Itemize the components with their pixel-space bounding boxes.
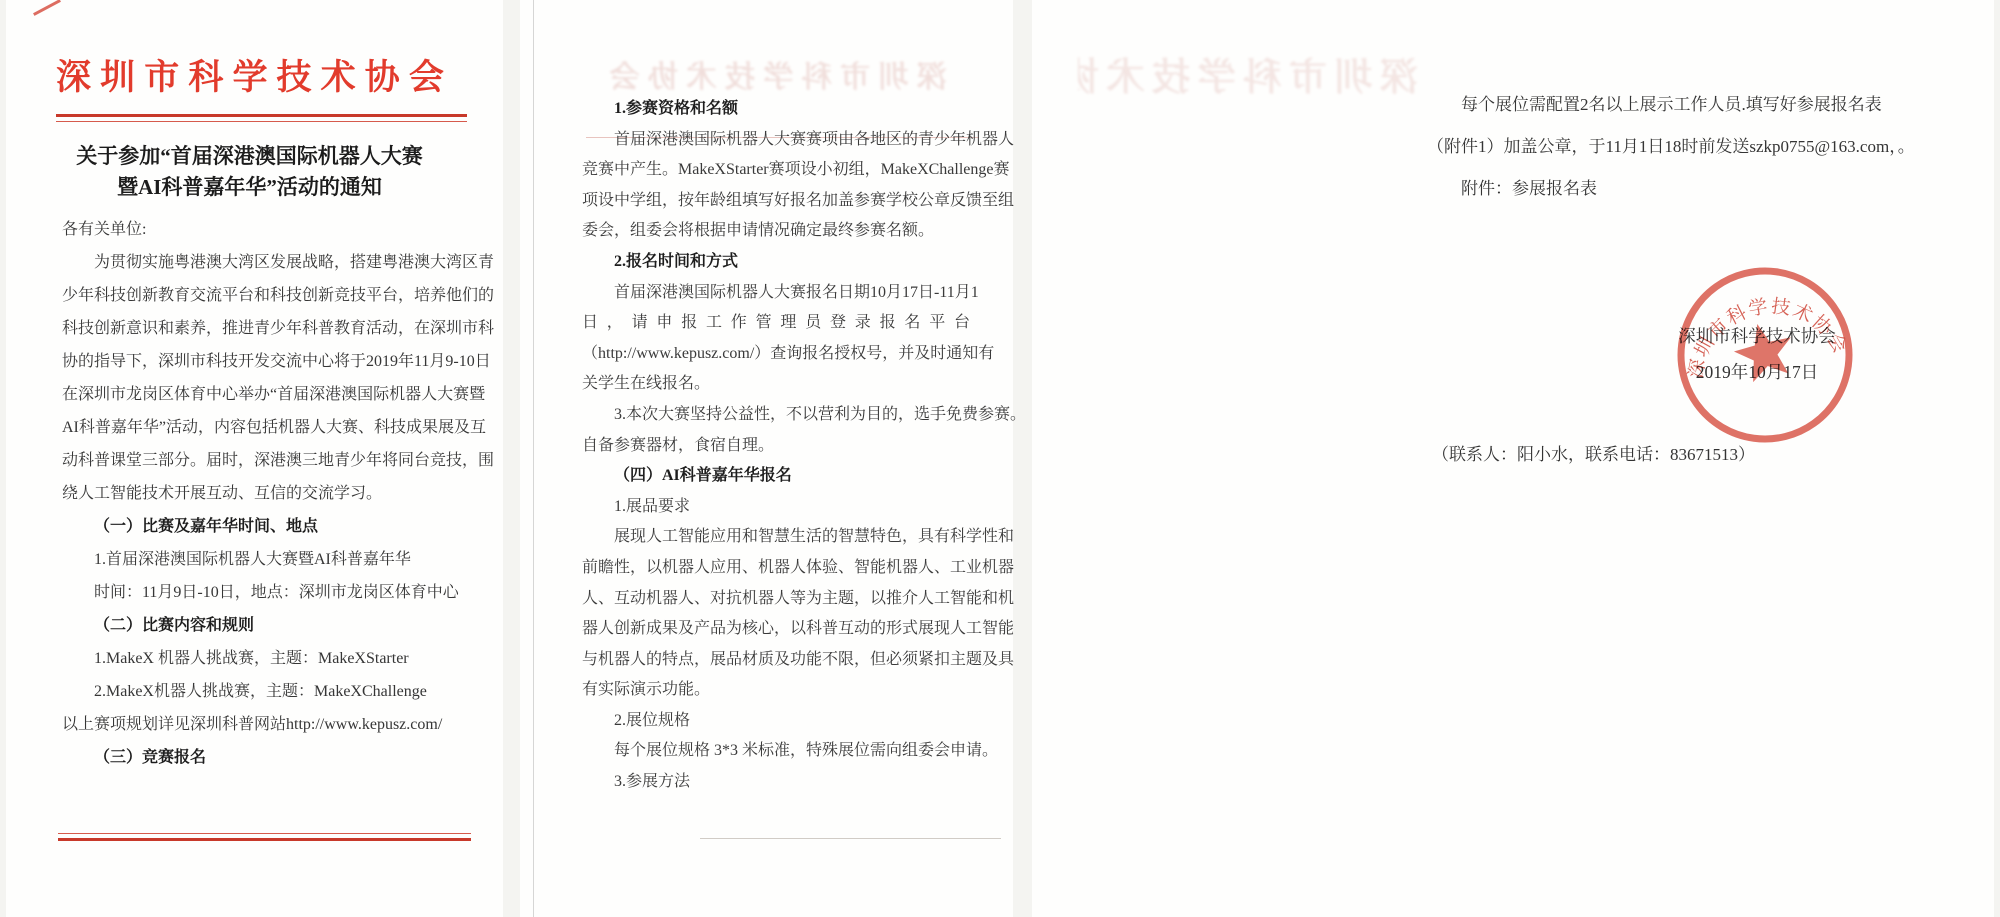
page1-body: 各有关单位:为贯彻实施粤港澳大湾区发展战略，搭建粤港澳大湾区青少年科技创新教育交… <box>62 213 482 774</box>
text-line: （二）比赛内容和规则 <box>62 609 482 642</box>
text-line: 1.MakeX 机器人挑战赛，主题：MakeXStarter <box>62 642 482 675</box>
notice-title-line2: 暨AI科普嘉年华”活动的通知 <box>6 172 493 203</box>
page3-body: 每个展位需配置2名以上展示工作人员.填写好参展报名表（附件1）加盖公章，于11月… <box>1427 84 1967 210</box>
text-line: 3.参展方法 <box>582 767 982 798</box>
text-line: 在深圳市龙岗区体育中心举办“首届深港澳国际机器人大赛暨 <box>62 378 482 411</box>
text-line: （三）竞赛报名 <box>62 741 482 774</box>
bleed-through-footer-rule <box>700 838 1001 839</box>
text-line: 2.展位规格 <box>582 706 982 737</box>
text-line: 2.MakeX机器人挑战赛，主题：MakeXChallenge <box>62 675 482 708</box>
text-line: 与机器人的特点，展品材质及功能不限，但必须紧扣主题及具 <box>582 645 982 676</box>
text-line: 为贯彻实施粤港澳大湾区发展战略，搭建粤港澳大湾区青 <box>62 246 482 279</box>
red-pen-mark <box>33 0 61 16</box>
text-line: 1.首届深港澳国际机器人大赛暨AI科普嘉年华 <box>62 543 482 576</box>
footer-rule <box>58 833 471 841</box>
scanned-notice-document: { "doc": { "page1": { "org_header": "深圳市… <box>0 0 2000 917</box>
text-line: （附件1）加盖公章，于11月1日18时前发送szkp0755@163.com，。 <box>1427 126 1967 168</box>
text-line: 每个展位规格 3*3 米标准，特殊展位需向组委会申请。 <box>582 736 982 767</box>
text-line: 绕人工智能技术开展互动、互信的交流学习。 <box>62 477 482 510</box>
text-line: （http://www.kepusz.com/）查询报名授权号，并及时通知有 <box>582 339 982 370</box>
text-line: 委会，组委会将根据申请情况确定最终参赛名额。 <box>582 216 982 247</box>
text-line: AI科普嘉年华”活动，内容包括机器人大赛、科技成果展及互 <box>62 411 482 444</box>
page-3-scan: 深圳市科学技术协会 每个展位需配置2名以上展示工作人员.填写好参展报名表（附件1… <box>1032 0 1994 917</box>
text-line: 以上赛项规划详见深圳科普网站http://www.kepusz.com/ <box>62 708 482 741</box>
text-line: 日，请申报工作管理员登录报名平台 <box>582 308 982 339</box>
text-line: 自备参赛器材，食宿自理。 <box>582 431 982 462</box>
text-line: 每个展位需配置2名以上展示工作人员.填写好参展报名表 <box>1427 84 1967 126</box>
text-line: 1.展品要求 <box>582 492 982 523</box>
text-line: （四）AI科普嘉年华报名 <box>582 461 982 492</box>
notice-title-line1: 关于参加“首届深港澳国际机器人大赛 <box>6 141 493 172</box>
text-line: 首届深港澳国际机器人大赛赛项由各地区的青少年机器人 <box>582 125 982 156</box>
page-2-scan: 深圳市科学技术协会 1.参赛资格和名额首届深港澳国际机器人大赛赛项由各地区的青少… <box>520 0 1013 917</box>
text-line: 附件：参展报名表 <box>1427 168 1967 210</box>
text-line: 前瞻性，以机器人应用、机器人体验、智能机器人、工业机器 <box>582 553 982 584</box>
official-seal: 深圳市科学技术协会 <box>1673 263 1857 447</box>
page2-body: 1.参赛资格和名额首届深港澳国际机器人大赛赛项由各地区的青少年机器人竞赛中产生。… <box>582 94 982 798</box>
text-line: 关学生在线报名。 <box>582 369 982 400</box>
page-1-scan: 深圳市科学技术协会 关于参加“首届深港澳国际机器人大赛 暨AI科普嘉年华”活动的… <box>6 0 503 917</box>
text-line: （一）比赛及嘉年华时间、地点 <box>62 510 482 543</box>
page-edge-line <box>533 0 534 917</box>
text-line: 动科普课堂三部分。届时，深港澳三地青少年将同台竞技，围 <box>62 444 482 477</box>
text-line: 3.本次大赛坚持公益性，不以营利为目的，选手免费参赛。 <box>582 400 982 431</box>
text-line: 展现人工智能应用和智慧生活的智慧特色，具有科学性和 <box>582 522 982 553</box>
text-line: 1.参赛资格和名额 <box>582 94 982 125</box>
text-line: 项设中学组，按年龄组填写好报名加盖参赛学校公章反馈至组 <box>582 186 982 217</box>
org-header: 深圳市科学技术协会 <box>6 50 503 100</box>
text-line: 少年科技创新教育交流平台和科技创新竞技平台，培养他们的 <box>62 279 482 312</box>
text-line: 有实际演示功能。 <box>582 675 982 706</box>
text-line: 人、互动机器人、对抗机器人等为主题，以推介人工智能和机 <box>582 584 982 615</box>
bleed-through-header: 深圳市科学技术协会 <box>1078 46 1418 101</box>
bleed-through-header: 深圳市科学技术协会 <box>564 52 984 96</box>
header-rule <box>56 114 467 122</box>
text-line: 各有关单位: <box>62 213 482 246</box>
notice-title: 关于参加“首届深港澳国际机器人大赛 暨AI科普嘉年华”活动的通知 <box>6 141 493 203</box>
text-line: 时间：11月9日-10日，地点：深圳市龙岗区体育中心 <box>62 576 482 609</box>
seal-star-icon <box>1729 317 1799 385</box>
text-line: 首届深港澳国际机器人大赛报名日期10月17日-11月1 <box>582 278 982 309</box>
text-line: 2.报名时间和方式 <box>582 247 982 278</box>
text-line: 器人创新成果及产品为核心，以科普互动的形式展现人工智能 <box>582 614 982 645</box>
text-line: 竞赛中产生。MakeXStarter赛项设小初组，MakeXChallenge赛 <box>582 155 982 186</box>
text-line: 科技创新意识和素养，推进青少年科普教育活动，在深圳市科 <box>62 312 482 345</box>
text-line: 协的指导下，深圳市科技开发交流中心将于2019年11月9-10日 <box>62 345 482 378</box>
